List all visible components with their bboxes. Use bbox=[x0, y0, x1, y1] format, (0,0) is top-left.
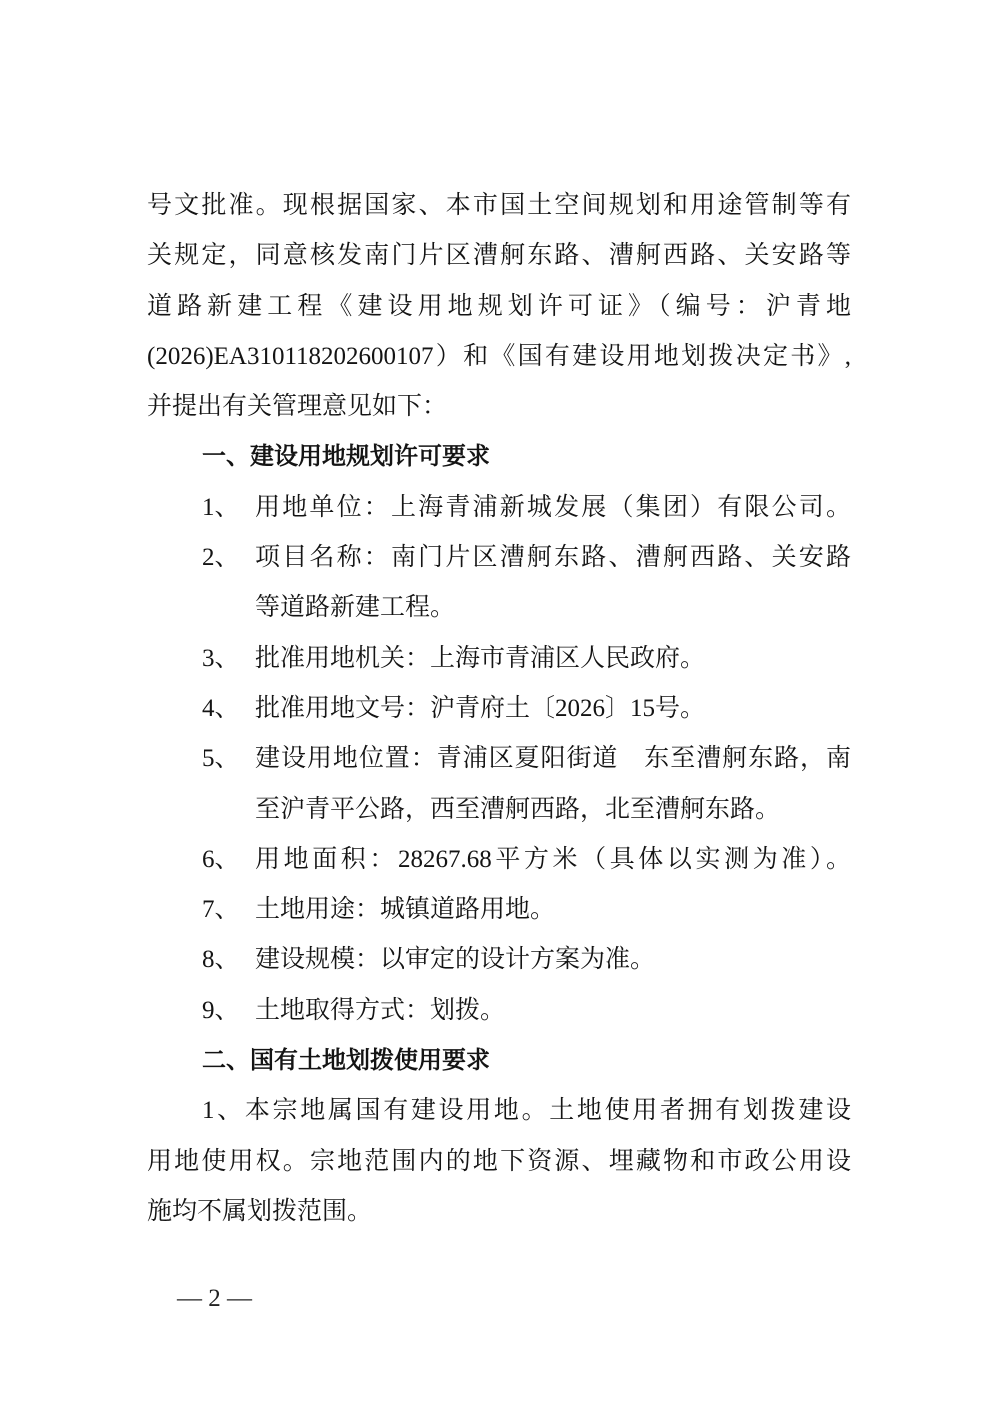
intro-line: 关规定，同意核发南门片区漕舸东路、漕舸西路、关安路等 bbox=[147, 231, 851, 281]
list-item: 5、建设用地位置：青浦区夏阳街道 东至漕舸东路，南 bbox=[147, 734, 851, 784]
list-item-continuation: 等道路新建工程。 bbox=[147, 583, 851, 633]
page-number: — 2 — bbox=[177, 1283, 252, 1315]
intro-line: 号文批准。现根据国家、本市国土空间规划和用途管制等有 bbox=[147, 181, 851, 231]
list-item-marker: 4、 bbox=[202, 684, 240, 734]
list-item: 4、批准用地文号：沪青府土〔2026〕15号。 bbox=[147, 684, 851, 734]
document-body: 号文批准。现根据国家、本市国土空间规划和用途管制等有 关规定，同意核发南门片区漕… bbox=[147, 181, 851, 1237]
list-item-marker: 2、 bbox=[202, 533, 240, 583]
list-item-text: 建设用地位置：青浦区夏阳街道 东至漕舸东路，南 bbox=[255, 745, 851, 772]
list-item: 1、用地单位：上海青浦新城发展（集团）有限公司。 bbox=[147, 483, 851, 533]
list-item-marker: 7、 bbox=[202, 885, 240, 935]
list-item-marker: 6、 bbox=[202, 835, 240, 885]
list-item: 6、用地面积：28267.68平方米（具体以实测为准）。 bbox=[147, 835, 851, 885]
list-item-text: 用地面积：28267.68平方米（具体以实测为准）。 bbox=[255, 846, 851, 873]
intro-line: 并提出有关管理意见如下： bbox=[147, 382, 851, 432]
section2-heading: 二、国有土地划拨使用要求 bbox=[147, 1036, 851, 1086]
list-item-marker: 5、 bbox=[202, 734, 240, 784]
list-item: 2、项目名称：南门片区漕舸东路、漕舸西路、关安路 bbox=[147, 533, 851, 583]
list-item-text: 土地用途：城镇道路用地。 bbox=[255, 896, 555, 923]
intro-line: (2026)EA310118202600107）和《国有建设用地划拨决定书》, bbox=[147, 332, 851, 382]
paragraph-line: 1、本宗地属国有建设用地。土地使用者拥有划拨建设 bbox=[147, 1086, 851, 1136]
paragraph-line: 施均不属划拨范围。 bbox=[147, 1187, 851, 1237]
list-item: 7、土地用途：城镇道路用地。 bbox=[147, 885, 851, 935]
list-item: 9、土地取得方式：划拨。 bbox=[147, 986, 851, 1036]
section1-heading: 一、建设用地规划许可要求 bbox=[147, 432, 851, 482]
list-item-text: 项目名称：南门片区漕舸东路、漕舸西路、关安路 bbox=[255, 544, 851, 571]
list-item-text: 土地取得方式：划拨。 bbox=[255, 997, 505, 1024]
list-item-continuation: 至沪青平公路，西至漕舸西路，北至漕舸东路。 bbox=[147, 785, 851, 835]
list-item-marker: 8、 bbox=[202, 935, 240, 985]
list-item: 8、建设规模：以审定的设计方案为准。 bbox=[147, 935, 851, 985]
list-item-text: 建设规模：以审定的设计方案为准。 bbox=[255, 946, 655, 973]
paragraph-line: 用地使用权。宗地范围内的地下资源、埋藏物和市政公用设 bbox=[147, 1137, 851, 1187]
list-item-marker: 1、 bbox=[202, 483, 240, 533]
list-item: 3、批准用地机关：上海市青浦区人民政府。 bbox=[147, 634, 851, 684]
intro-line: 道路新建工程《建设用地规划许可证》（编号：沪青地 bbox=[147, 282, 851, 332]
list-item-text: 批准用地文号：沪青府土〔2026〕15号。 bbox=[255, 695, 705, 722]
list-item-text: 批准用地机关：上海市青浦区人民政府。 bbox=[255, 645, 705, 672]
list-item-marker: 9、 bbox=[202, 986, 240, 1036]
document-page: 号文批准。现根据国家、本市国土空间规划和用途管制等有 关规定，同意核发南门片区漕… bbox=[0, 0, 992, 1403]
list-item-text: 用地单位：上海青浦新城发展（集团）有限公司。 bbox=[255, 494, 851, 521]
list-item-marker: 3、 bbox=[202, 634, 240, 684]
